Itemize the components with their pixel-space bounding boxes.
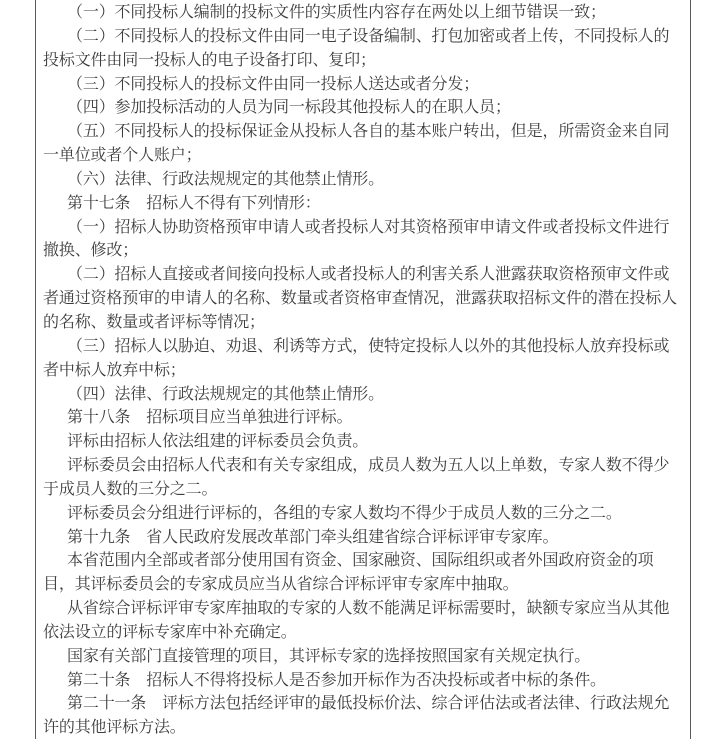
paragraph: （一）不同投标人编制的投标文件的实质性内容存在两处以上细节错误一致； bbox=[43, 1, 679, 25]
paragraph: 第十八条 招标项目应当单独进行评标。 bbox=[43, 406, 679, 430]
paragraph: （四）法律、行政法规规定的其他禁止情形。 bbox=[43, 383, 679, 407]
paragraph: （一）招标人协助资格预审申请人或者投标人对其资格预审申请文件或者投标文件进行撤换… bbox=[43, 216, 679, 264]
paragraph: 第二十条 招标人不得将投标人是否参加开标作为否决投标或者中标的条件。 bbox=[43, 669, 679, 693]
paragraph: 第十七条 招标人不得有下列情形： bbox=[43, 192, 679, 216]
paragraph: 本省范围内全部或者部分使用国有资金、国家融资、国际组织或者外国政府资金的项目，其… bbox=[43, 549, 679, 597]
paragraph: （二）不同投标人的投标文件由同一电子设备编制、打包加密或者上传，不同投标人的投标… bbox=[43, 25, 679, 73]
paragraph: 第二十一条 评标方法包括经评审的最低投标价法、综合评估法或者法律、行政法规允许的… bbox=[43, 692, 679, 739]
paragraph: 评标委员会分组进行评标的，各组的专家人数均不得少于成员人数的三分之二。 bbox=[43, 502, 679, 526]
document-text: （一）不同投标人编制的投标文件的实质性内容存在两处以上细节错误一致；（二）不同投… bbox=[43, 1, 679, 739]
paragraph: （三）招标人以胁迫、劝退、利诱等方式，使特定投标人以外的其他投标人放弃投标或者中… bbox=[43, 335, 679, 383]
paragraph: 评标委员会由招标人代表和有关专家组成，成员人数为五人以上单数，专家人数不得少于成… bbox=[43, 454, 679, 502]
paragraph: （五）不同投标人的投标保证金从投标人各自的基本账户转出，但是，所需资金来自同一单… bbox=[43, 120, 679, 168]
paragraph: （六）法律、行政法规规定的其他禁止情形。 bbox=[43, 168, 679, 192]
paragraph: 从省综合评标评审专家库抽取的专家的人数不能满足评标需要时，缺额专家应当从其他依法… bbox=[43, 597, 679, 645]
paragraph: （二）招标人直接或者间接向投标人或者投标人的利害关系人泄露获取资格预审文件或者通… bbox=[43, 263, 679, 335]
paragraph: 第十九条 省人民政府发展改革部门牵头组建省综合评标评审专家库。 bbox=[43, 526, 679, 550]
paragraph: 国家有关部门直接管理的项目，其评标专家的选择按照国家有关规定执行。 bbox=[43, 645, 679, 669]
paragraph: 评标由招标人依法组建的评标委员会负责。 bbox=[43, 430, 679, 454]
paragraph: （三）不同投标人的投标文件由同一投标人送达或者分发； bbox=[43, 73, 679, 97]
paragraph: （四）参加投标活动的人员为同一标段其他投标人的在职人员； bbox=[43, 96, 679, 120]
document-page: （一）不同投标人编制的投标文件的实质性内容存在两处以上细节错误一致；（二）不同投… bbox=[35, 0, 691, 739]
